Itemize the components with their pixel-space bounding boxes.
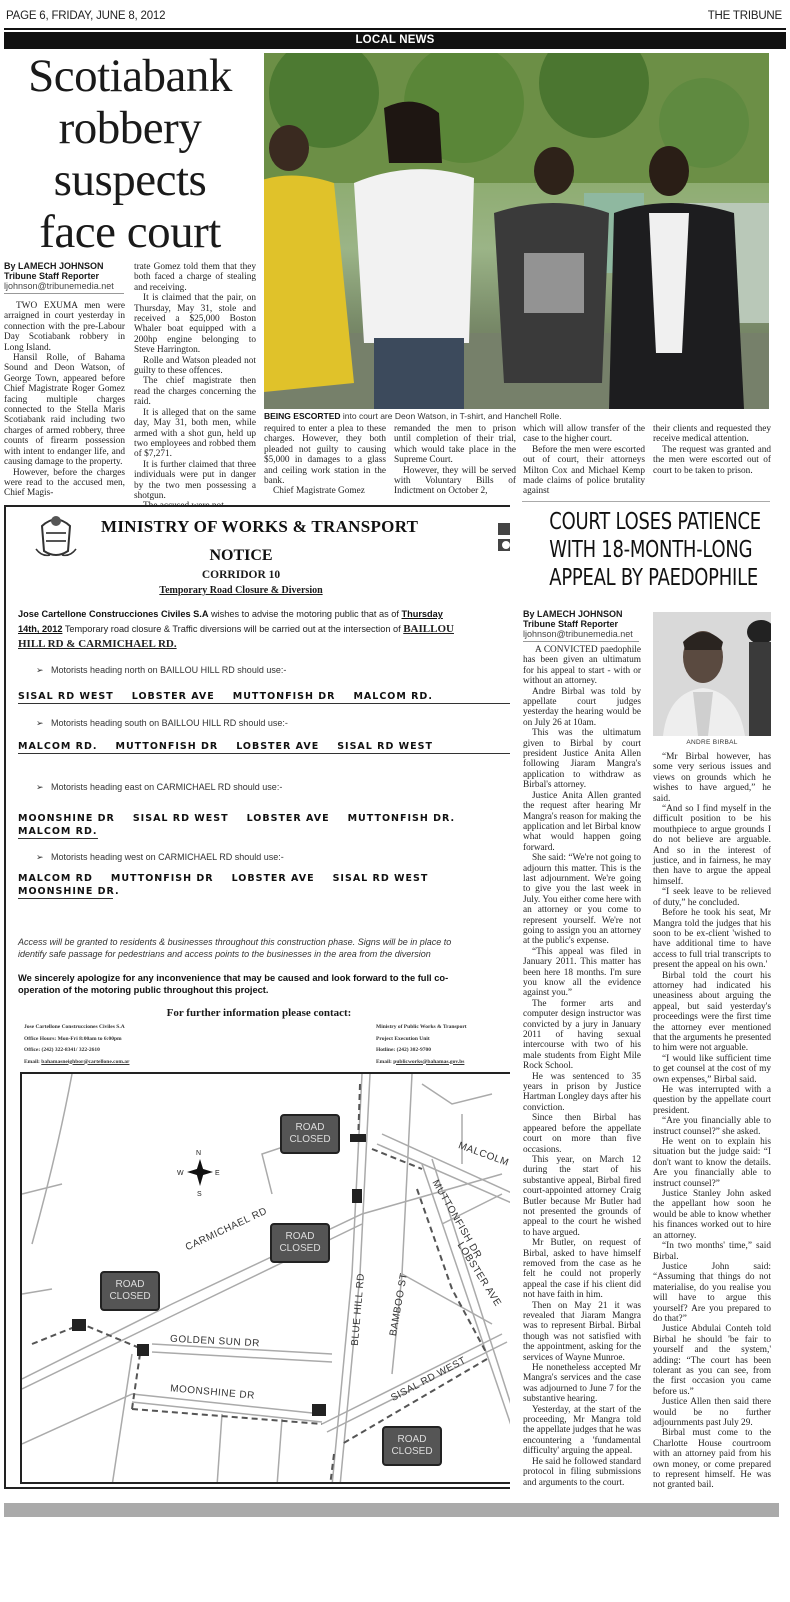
headline-line: COURT LOSES PATIENCE (549, 508, 742, 536)
photo-illustration (264, 53, 769, 409)
route-street: MALCOM RD. (18, 741, 97, 752)
paragraph: “And so I find myself in the difficult p… (653, 804, 771, 887)
route-street: LOBSTER AVE (247, 813, 330, 824)
paragraph: “This appeal was filed in January 2011. … (523, 947, 641, 999)
byline-author: By LAMECH JOHNSON (4, 261, 124, 271)
paragraph: “Are you financially able to instruct co… (653, 1116, 771, 1137)
court-escort-photo (264, 53, 769, 409)
sign-text: CLOSED (102, 1291, 158, 1303)
apology-line: operation of the motoring public through… (18, 984, 510, 996)
company-name: Jose Cartellone Construcciones Civiles S… (18, 609, 208, 619)
paragraph: Justice Stanley John asked the appellant… (653, 1189, 771, 1241)
contact-left: Jose Cartellone Construcciones Civiles S… (24, 1022, 129, 1068)
road-closed-sign: ROADCLOSED (100, 1271, 160, 1311)
compass-rose-icon: N S E W (177, 1150, 220, 1198)
story1-column-6: their clients and requested they receive… (653, 424, 771, 476)
andre-birbal-photo (653, 612, 771, 736)
paragraph: He was interrupted with a question by th… (653, 1085, 771, 1116)
ad-intro: Jose Cartellone Construcciones Civiles S… (18, 607, 510, 652)
paragraph: However, they will be served with Volunt… (394, 466, 516, 497)
headline-line: suspects (4, 154, 256, 206)
paragraph: Hansil Rolle, of Bahama Sound and Deon W… (4, 353, 125, 467)
road-closed-sign: ROADCLOSED (382, 1426, 442, 1466)
email-label: Email: (376, 1059, 393, 1065)
svg-text:S: S (197, 1191, 202, 1198)
sign-text: ROAD (272, 1231, 328, 1243)
direction-bullet: ➢ Motorists heading south on BAILLOU HIL… (36, 718, 288, 729)
direction-bullet: ➢ Motorists heading north on BAILLOU HIL… (36, 665, 286, 676)
paragraph: “I seek leave to be relieved of duty,” h… (653, 887, 771, 908)
sign-text: ROAD (384, 1434, 440, 1446)
apology-line: We sincerely apologize for any inconveni… (18, 972, 510, 984)
paragraph: TWO EXUMA men were arraigned in court ye… (4, 301, 125, 353)
route-street: MOONSHINE DR (18, 813, 115, 824)
svg-text:E: E (215, 1170, 220, 1177)
byline-role: Tribune Staff Reporter (523, 619, 639, 629)
headline-line: face court (4, 206, 256, 258)
sign-text: CLOSED (384, 1446, 440, 1458)
contact-email-link[interactable]: bahamasneighbor@cartellone.com.ar (41, 1059, 129, 1065)
apology-notice: We sincerely apologize for any inconveni… (18, 972, 510, 996)
route-street: LOBSTER AVE (232, 873, 315, 884)
story2-column-1: A CONVICTED paedophile has been given an… (523, 645, 641, 1488)
paragraph: trate Gomez told them that they both fac… (134, 262, 256, 293)
email-label: Email: (24, 1059, 41, 1065)
paragraph: However, before the charges were read to… (4, 468, 125, 499)
paragraph: “In two months' time,” said Birbal. (653, 1241, 771, 1262)
access-line: identify safe passage for pedestrians an… (18, 948, 510, 960)
bullet-text: Motorists heading south on BAILLOU HILL … (51, 718, 288, 728)
paragraph: remanded the men to prison until complet… (394, 424, 516, 466)
contact-phone: Hotline: (242) 302-9700 (376, 1045, 467, 1057)
paragraph: The former arts and computer design inst… (523, 999, 641, 1072)
section-header: LOCAL NEWS (4, 32, 786, 49)
intersection-road: BAILLOU (403, 623, 454, 635)
paragraph: A CONVICTED paedophile has been given an… (523, 645, 641, 687)
paragraph: This was the ultimatum given to Birbal b… (523, 728, 641, 790)
route-street: SISAL RD WEST (133, 813, 229, 824)
bullet-text: Motorists heading east on CARMICHAEL RD … (51, 782, 282, 792)
paragraph: Then on May 21 it was revealed that Jiar… (523, 1301, 641, 1363)
ministry-logo-icon (494, 523, 510, 553)
byline-email-link[interactable]: ljohnson@tribunemedia.net (523, 629, 639, 639)
paragraph: Birbal must come to the Charlotte House … (653, 1428, 771, 1490)
sign-text: CLOSED (282, 1134, 338, 1146)
paragraph: Before he took his seat, Mr Mangra told … (653, 908, 771, 970)
paragraph: their clients and requested they receive… (653, 424, 771, 445)
paragraph: required to enter a plea to these charge… (264, 424, 386, 486)
divider (4, 293, 124, 294)
road-closed-sign: ROADCLOSED (270, 1223, 330, 1263)
street-map-graphic: N S E W (22, 1074, 510, 1484)
route-street: SISAL RD WEST (337, 741, 433, 752)
bullet-text: Motorists heading north on BAILLOU HILL … (51, 665, 286, 675)
folio-date: PAGE 6, FRIDAY, JUNE 8, 2012 (6, 10, 165, 26)
route-street: MALCOM RD. (353, 691, 432, 702)
route-street: MALCOM RD (18, 873, 93, 884)
story1-column-1: TWO EXUMA men were arraigned in court ye… (4, 295, 125, 499)
paragraph: Before the men were escorted out of cour… (523, 445, 645, 497)
paragraph: Andre Birbal was told by appellate court… (523, 687, 641, 729)
paragraph: It is claimed that the pair, on Thursday… (134, 293, 256, 355)
sign-text: ROAD (282, 1122, 338, 1134)
divider (523, 641, 639, 642)
ad-title: MINISTRY OF WORKS & TRANSPORT (101, 517, 418, 537)
paragraph: Justice John said: “Assuming that things… (653, 1262, 771, 1324)
route-street: MUTTONFISH DR (111, 873, 214, 884)
svg-text:W: W (177, 1170, 184, 1177)
route-line: SISAL RD WESTLOBSTER AVEMUTTONFISH DRMAL… (18, 690, 510, 704)
page-folio: PAGE 6, FRIDAY, JUNE 8, 2012 THE TRIBUNE (6, 10, 782, 26)
route-line: MALCOM RDMUTTONFISH DRLOBSTER AVESISAL R… (18, 872, 510, 885)
contact-email-link[interactable]: publicworks@bahamas.gov.bs (393, 1059, 464, 1065)
story1-column-4: remanded the men to prison until complet… (394, 424, 516, 497)
paragraph: Birbal told the court his attorney had i… (653, 971, 771, 1054)
story2-byline: By LAMECH JOHNSON Tribune Staff Reporter… (523, 609, 639, 642)
folio-paper-name: THE TRIBUNE (708, 10, 782, 26)
folio-rule (4, 28, 786, 30)
route-street: LOBSTER AVE (236, 741, 319, 752)
portrait-illustration (653, 612, 771, 736)
byline-role: Tribune Staff Reporter (4, 271, 124, 281)
ministry-notice-advert: MINISTRY OF WORKS & TRANSPORT NOTICE COR… (4, 505, 510, 1489)
intro-date: 14th, 2012 (18, 624, 62, 634)
headline-line: robbery (4, 102, 256, 154)
direction-bullet: ➢ Motorists heading west on CARMICHAEL R… (36, 852, 284, 863)
intro-text: wishes to advise the motoring public tha… (208, 609, 401, 619)
paragraph: Yesterday, at the start of the proceedin… (523, 1405, 641, 1457)
paragraph: Rolle and Watson pleaded not guilty to t… (134, 356, 256, 377)
ad-corridor: CORRIDOR 10 (6, 569, 476, 581)
paragraph: This year, on March 12 during the start … (523, 1155, 641, 1238)
contact-phone: Office: (242) 322-8341/ 322-2610 (24, 1045, 129, 1057)
paragraph: She said: “We're not going to adjourn th… (523, 853, 641, 947)
intro-text: Temporary road closure & Traffic diversi… (62, 624, 403, 634)
sign-text: CLOSED (272, 1243, 328, 1255)
route-street: SISAL RD WEST (333, 873, 429, 884)
contact-hours: Office Hours: Mon-Fri 8:00am to 6:00pm (24, 1034, 129, 1046)
route-line: MALCOM RD. (18, 825, 98, 839)
paragraph: Justice Anita Allen granted the request … (523, 791, 641, 853)
story2-column-2: “Mr Birbal however, has some very seriou… (653, 752, 771, 1491)
photo-caption: BEING ESCORTED into court are Deon Watso… (264, 410, 769, 422)
paragraph: It is further claimed that three individ… (134, 460, 256, 502)
story1-column-3: required to enter a plea to these charge… (264, 424, 386, 497)
photo-caption: ANDRE BIRBAL (653, 739, 771, 746)
contact-name: Ministry of Public Works & Transport (376, 1022, 467, 1034)
paragraph: He said he followed standard protocol in… (523, 1457, 641, 1488)
ad-subhead: Temporary Road Closure & Diversion (6, 585, 476, 596)
access-line: Access will be granted to residents & bu… (18, 936, 510, 948)
contact-name: Jose Cartellone Construcciones Civiles S… (24, 1022, 129, 1034)
paragraph: He went on to explain his situation but … (653, 1137, 771, 1189)
paragraph: Justice Abdulai Conteh told Birbal he sh… (653, 1324, 771, 1397)
route-street: LOBSTER AVE (132, 691, 215, 702)
paragraph: Chief Magistrate Gomez (264, 486, 386, 496)
paragraph: “Mr Birbal however, has some very seriou… (653, 752, 771, 804)
route-street: SISAL RD WEST (18, 691, 114, 702)
paragraph: The request was granted and the men were… (653, 445, 771, 476)
story1-byline: By LAMECH JOHNSON Tribune Staff Reporter… (4, 261, 124, 294)
route-street: MOONSHINE DR. (18, 886, 120, 897)
route-street: MUTTONFISH DR (233, 691, 336, 702)
headline-line: Scotiabank (4, 50, 256, 102)
route-street: MALCOM RD. (18, 826, 97, 837)
byline-author: By LAMECH JOHNSON (523, 609, 639, 619)
byline-email-link[interactable]: ljohnson@tribunemedia.net (4, 281, 124, 291)
caption-text: into court are Deon Watson, in T-shirt, … (341, 411, 562, 421)
contact-right: Ministry of Public Works & Transport Pro… (376, 1022, 467, 1068)
paragraph: He nonetheless accepted Mr Mangra's serv… (523, 1363, 641, 1405)
diversion-map: N S E W ROADCLOSED ROADCLOSED ROADCLOSED… (20, 1072, 510, 1484)
bullet-text: Motorists heading west on CARMICHAEL RD … (51, 852, 284, 862)
road-closed-sign: ROADCLOSED (280, 1114, 340, 1154)
intro-date: Thursday (402, 609, 443, 619)
direction-bullet: ➢ Motorists heading east on CARMICHAEL R… (36, 782, 282, 793)
intersection-road: HILL RD & CARMICHAEL RD. (18, 638, 177, 650)
paragraph: which will allow transfer of the case to… (523, 424, 645, 445)
paragraph: “I would like sufficient time to get cou… (653, 1054, 771, 1085)
ad-notice-heading: NOTICE (6, 547, 476, 565)
route-street: MUTTONFISH DR (115, 741, 218, 752)
paragraph: Since then Birbal has appeared before th… (523, 1113, 641, 1155)
caption-lead: BEING ESCORTED (264, 411, 341, 421)
story1-column-5: which will allow transfer of the case to… (523, 424, 645, 497)
story2-headline: COURT LOSES PATIENCE WITH 18-MONTH-LONG … (549, 508, 742, 592)
story1-column-2: trate Gomez told them that they both fac… (134, 262, 256, 512)
access-notice: Access will be granted to residents & bu… (18, 936, 510, 960)
route-street: MUTTONFISH DR. (348, 813, 455, 824)
sign-text: ROAD (102, 1279, 158, 1291)
contact-unit: Project Execution Unit (376, 1034, 467, 1046)
paragraph: He was sentenced to 35 years in prison b… (523, 1072, 641, 1114)
paragraph: It is alleged that on the same day, May … (134, 408, 256, 460)
story1-headline: Scotiabank robbery suspects face court (4, 50, 256, 258)
paragraph: Mr Butler, on request of Birbal, asked t… (523, 1238, 641, 1300)
contact-heading: For further information please contact: (6, 1007, 510, 1019)
route-line: MALCOM RD.MUTTONFISH DRLOBSTER AVESISAL … (18, 740, 510, 754)
headline-line: WITH 18-MONTH-LONG (549, 536, 742, 564)
svg-text:N: N (196, 1150, 201, 1157)
page-footer-bar (4, 1503, 779, 1517)
paragraph: Justice Allen then said there would be n… (653, 1397, 771, 1428)
route-line: MOONSHINE DR. (18, 885, 113, 899)
divider (522, 501, 770, 502)
headline-line: APPEAL BY PAEDOPHILE (549, 564, 742, 592)
paragraph: The chief magistrate then read the charg… (134, 376, 256, 407)
route-line: MOONSHINE DRSISAL RD WESTLOBSTER AVEMUTT… (18, 812, 510, 825)
